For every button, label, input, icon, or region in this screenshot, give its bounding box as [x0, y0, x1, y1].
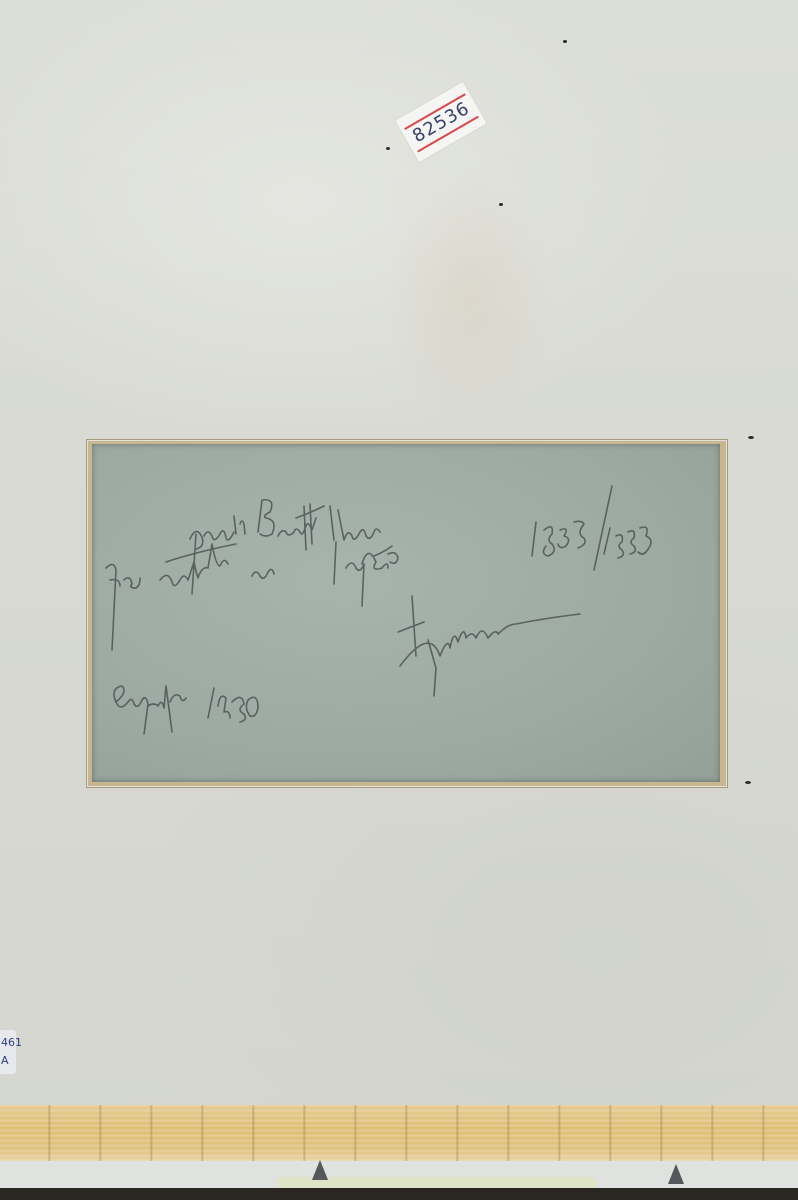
frame-pin-icon: [668, 1164, 684, 1184]
frame-edge: [0, 1188, 798, 1200]
dust-speck: [386, 147, 390, 150]
dust-speck: [748, 436, 754, 439]
side-note-text: 461A: [1, 1034, 22, 1070]
side-note-line-1: 461: [1, 1036, 22, 1049]
dust-speck: [499, 203, 503, 206]
dust-speck: [563, 40, 567, 43]
mount-board: 82536: [0, 0, 798, 1200]
lot-number-label: 82536: [395, 82, 487, 163]
frame-pin-icon: [312, 1160, 328, 1180]
yellow-pencil-band: [0, 1105, 798, 1161]
pencil-handwriting: [92, 444, 720, 782]
side-note-line-2: A: [1, 1054, 9, 1067]
inscription-place-year: Leipzig 1980: [92, 444, 99, 445]
dust-speck: [745, 781, 751, 784]
side-note-sticker: 461A: [0, 1030, 16, 1074]
inscription-paper: Jean di Benedetto Ness 1835/1883 per aut…: [92, 444, 720, 782]
